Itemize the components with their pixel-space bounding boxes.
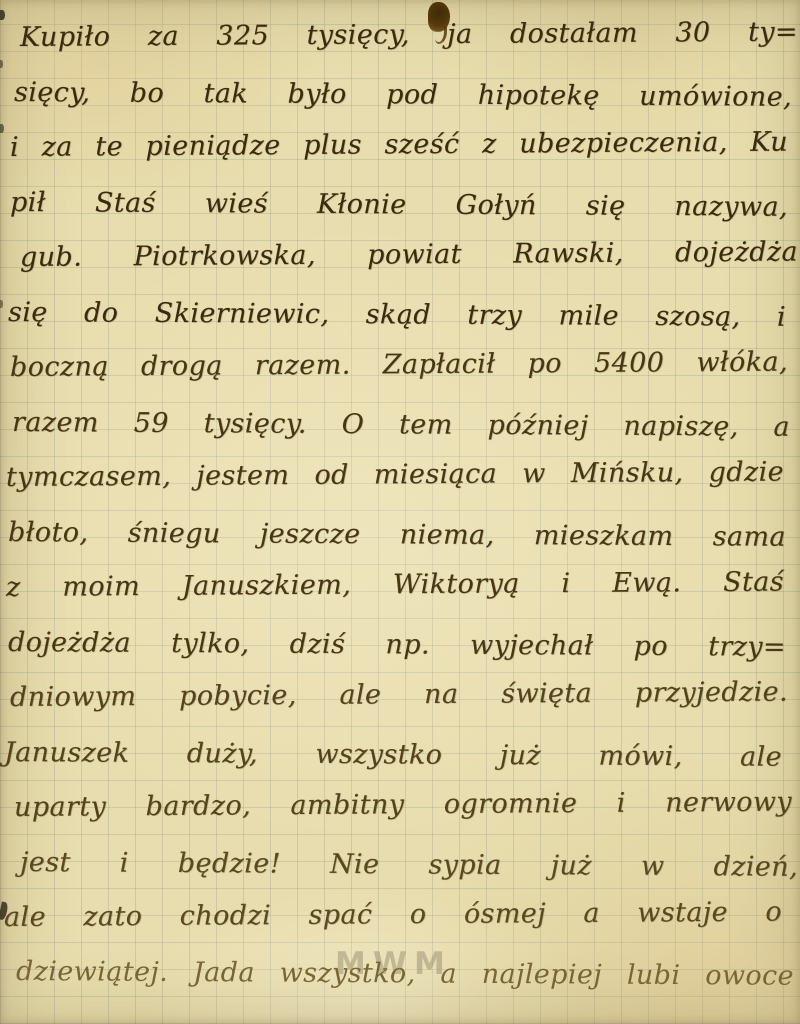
handwritten-line: dniowym pobycie, ale na święta przyjedzi… — [10, 679, 788, 711]
handwritten-line: z moim Januszkiem, Wiktoryą i Ewą. Staś — [6, 569, 784, 601]
handwritten-line: ale zato chodzi spać o ósmej a wstaje o — [4, 899, 782, 931]
handwritten-line: boczną drogą razem. Zapłacił po 5400 włó… — [10, 349, 788, 381]
handwritten-line: dziewiątej. Jada wszystko, a najlepiej l… — [16, 958, 794, 990]
handwritten-line: tymczasem, jestem od miesiąca w Mińsku, … — [6, 459, 784, 491]
handwriting-text-layer: Kupiło za 325 tysięcy, ja dostałam 30 ty… — [0, 0, 800, 1024]
handwritten-line: razem 59 tysięcy. O tem później napiszę,… — [12, 409, 790, 441]
handwritten-line: pił Staś wieś Kłonie Gołyń się nazywa, — [10, 189, 788, 221]
handwritten-line: i za te pieniądze plus sześć z ubezpiecz… — [10, 129, 788, 161]
handwritten-line: jest i będzie! Nie sypia już w dzień, — [20, 849, 798, 881]
handwritten-line: błoto, śniegu jeszcze niema, mieszkam sa… — [8, 519, 786, 551]
handwritten-line: sięcy, bo tak było pod hipotekę umówione… — [14, 79, 792, 111]
handwritten-line: się do Skierniewic, skąd trzy mile szosą… — [8, 299, 786, 331]
handwritten-line: Januszek duży, wszystko już mówi, ale — [4, 739, 782, 771]
letter-page: MWM Kupiło za 325 tysięcy, ja dostałam 3… — [0, 0, 800, 1024]
handwritten-line: dojeżdża tylko, dziś np. wyjechał po trz… — [8, 629, 786, 661]
handwritten-line: uparty bardzo, ambitny ogromnie i nerwow… — [14, 789, 792, 821]
handwritten-line: gub. Piotrkowska, powiat Rawski, dojeżdż… — [20, 239, 798, 271]
handwritten-line: Kupiło za 325 tysięcy, ja dostałam 30 ty… — [20, 19, 798, 51]
